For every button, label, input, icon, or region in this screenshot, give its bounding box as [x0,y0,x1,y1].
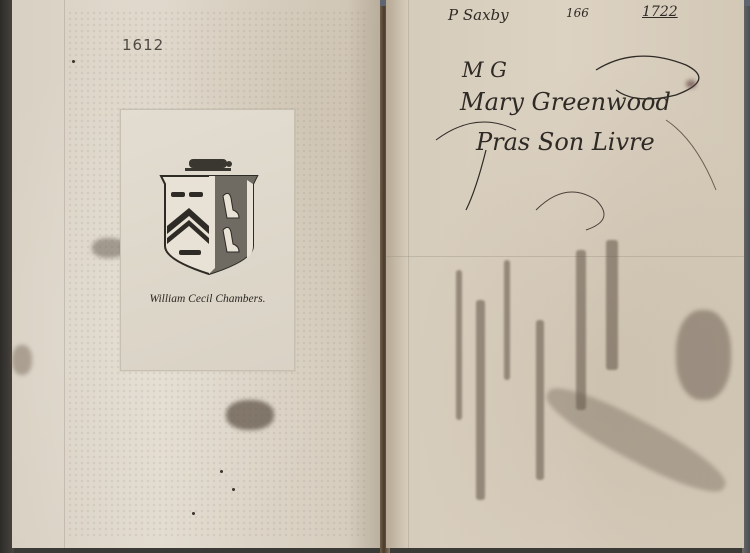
ink-scribble-stain [676,310,731,400]
page-margin-line [408,0,409,548]
foxing-spot [220,470,223,473]
open-book-photo: 1612 [0,0,750,553]
stain-mark [686,80,696,88]
pencil-date-note: 1612 [122,36,164,54]
year-note: 1722 [642,4,678,20]
water-stain [456,270,462,420]
calligraphic-flourishes [426,40,746,240]
shelfmark-note: P Saxby [448,6,509,24]
foxing-spot [72,60,75,63]
coat-of-arms-icon [159,156,259,276]
water-stain [606,240,618,370]
water-stain [576,250,586,410]
foxing-spot [232,488,235,491]
stain-mark [226,400,274,430]
water-stain [504,260,510,380]
water-stain [476,300,485,500]
catalog-number: 166 [566,6,589,20]
water-stain [536,320,544,480]
bookplate-owner-name: William Cecil Chambers. [121,293,294,305]
armorial-bookplate: William Cecil Chambers. [120,109,295,371]
page-rule-line [386,256,744,257]
foxing-spot [192,512,195,515]
page-margin-line [64,0,65,548]
stain-mark [12,345,32,375]
right-flyleaf-page: P Saxby 166 1722 M G Mary Greenwood Pras… [386,0,744,548]
